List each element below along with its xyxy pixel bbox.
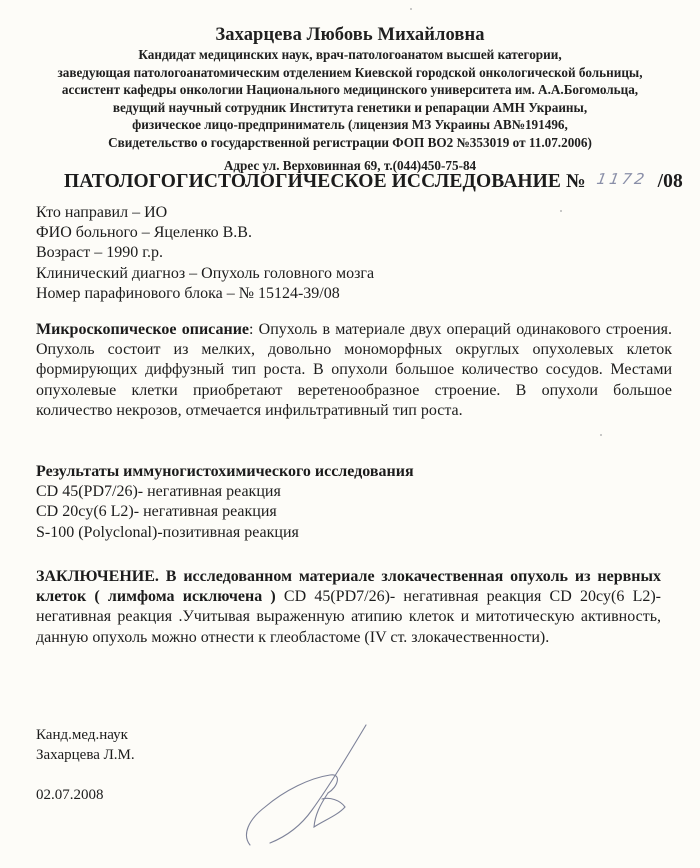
patient-info: Кто направил – ИО ФИО больного – Яцеленк… [36, 203, 374, 304]
conclusion: ЗАКЛЮЧЕНИЕ. В исследованном материале зл… [36, 567, 661, 648]
scan-speck [410, 8, 412, 10]
signature-block: Канд.мед.наук Захарцева Л.М. [36, 726, 135, 765]
ihc-heading: Результаты иммуногистохимического исслед… [36, 462, 672, 482]
signer-name: Захарцева Л.М. [36, 746, 135, 766]
document-title: ПАТОЛОГОГИСТОЛОГИЧЕСКОЕ ИССЛЕДОВАНИЕ № 1… [64, 171, 683, 193]
paraffin-block-number: Номер парафинового блока – № 15124-39/08 [36, 284, 374, 304]
patient-name: ФИО больного – Яцеленко В.В. [36, 223, 374, 243]
institute-line: ведущий научный сотрудник Института гене… [0, 99, 700, 117]
document-date: 02.07.2008 [36, 787, 104, 804]
ihc-result-s100: S-100 (Polyclonal)-позитивная реакция [36, 523, 672, 543]
ihc-result-cd45: CD 45(PD7/26)- негативная реакция [36, 482, 672, 502]
handwritten-number: 1172 [589, 170, 654, 188]
patient-age: Возраст – 1990 г.р. [36, 243, 374, 263]
referrer: Кто направил – ИО [36, 203, 374, 223]
position-line: заведующая патологоанатомическим отделен… [0, 64, 700, 82]
scan-speck [600, 434, 602, 436]
letterhead: Захарцева Любовь Михайловна Кандидат мед… [0, 24, 700, 174]
scan-speck [560, 210, 562, 212]
credentials-line: Кандидат медицинских наук, врач-патолого… [0, 46, 700, 64]
registration-line: Свидетельство о государственной регистра… [0, 134, 700, 152]
signature-icon [230, 715, 370, 855]
clinical-diagnosis: Клинический диагноз – Опухоль головного … [36, 264, 374, 284]
ihc-results: Результаты иммуногистохимического исслед… [36, 462, 672, 543]
ihc-result-cd20: CD 20cy(6 L2)- негативная реакция [36, 502, 672, 522]
title-suffix: /08 [658, 171, 683, 192]
license-line: физическое лицо-предприниматель (лицензи… [0, 116, 700, 134]
signer-title: Канд.мед.наук [36, 726, 135, 746]
microscopic-heading: Микроскопическое описание [36, 321, 249, 338]
doctor-name: Захарцева Любовь Михайловна [0, 24, 700, 46]
microscopic-description: Микроскопическое описание: Опухоль в мат… [36, 320, 672, 421]
title-prefix: ПАТОЛОГОГИСТОЛОГИЧЕСКОЕ ИССЛЕДОВАНИЕ № [64, 171, 586, 192]
university-line: ассистент кафедры онкологии Национальног… [0, 81, 700, 99]
